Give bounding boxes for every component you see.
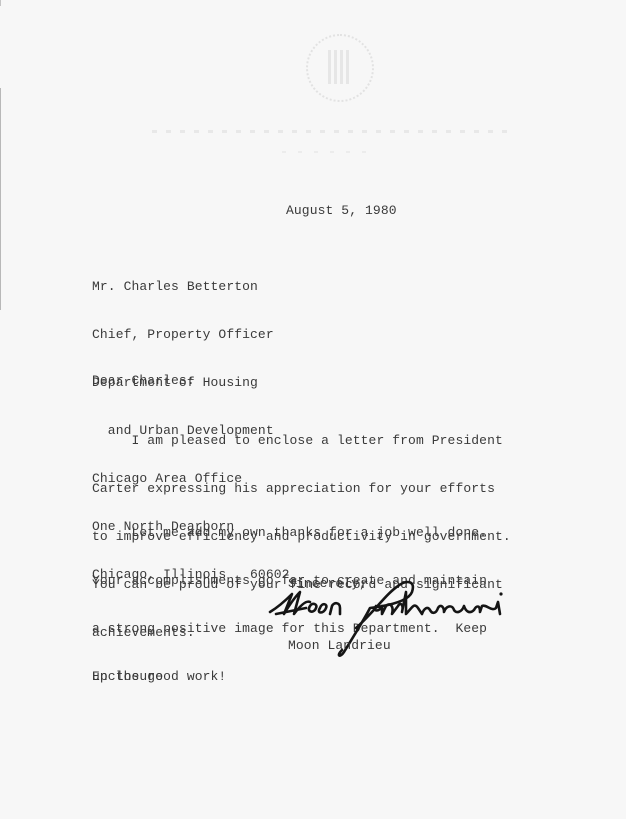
seal-emblem bbox=[328, 50, 352, 84]
salutation: Dear Charles: bbox=[92, 373, 195, 389]
enclosure-note: Enclosure bbox=[92, 669, 163, 685]
scan-edge-mark bbox=[0, 0, 1, 6]
letterhead-faded-subtext bbox=[282, 151, 368, 153]
scan-edge-shadow bbox=[0, 88, 1, 310]
letterhead-faded-text bbox=[152, 130, 512, 133]
signer-name: Moon Landrieu bbox=[288, 638, 391, 654]
department-seal-icon bbox=[306, 34, 374, 102]
paragraph-line: I am pleased to enclose a letter from Pr… bbox=[92, 433, 511, 449]
address-line: Chief, Property Officer bbox=[92, 327, 290, 343]
address-line: Mr. Charles Betterton bbox=[92, 279, 290, 295]
letter-date: August 5, 1980 bbox=[286, 203, 397, 219]
paragraph-line: Let me add my own thanks for a job well … bbox=[92, 525, 487, 541]
